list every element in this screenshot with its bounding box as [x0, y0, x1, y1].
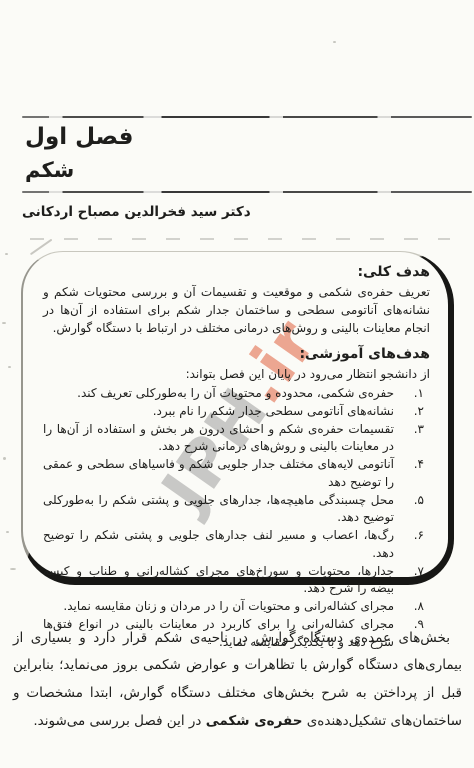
author-name: دکتر سید فخرالدین مصباح اردکانی	[22, 204, 251, 220]
scan-speck	[333, 41, 336, 43]
general-goal-text: تعریف حفره‌ی شکمی و موقعیت و تقسیمات آن …	[43, 283, 430, 337]
list-item: ۳. تقسیمات حفره‌ی شکم و احشای درون هر بخ…	[43, 421, 430, 457]
objectives-list: ۱. حفره‌ی شکمی، محدوده و محتویات آن را ب…	[43, 385, 430, 651]
list-item: ۲. نشانه‌های آناتومی سطحی جدار شکم را نا…	[43, 403, 430, 421]
objectives-box: هدف کلی: تعریف حفره‌ی شکمی و موقعیت و تق…	[21, 251, 454, 585]
chapter-label: فصل اول	[25, 124, 133, 150]
item-number: ۱.	[400, 385, 430, 403]
item-text: محل چسبندگی ماهیچه‌ها، جدارهای جلویی و پ…	[43, 492, 394, 528]
list-item: ۸. مجرای کشاله‌رانی و محتویات آن را در م…	[43, 598, 430, 616]
item-number: ۸.	[400, 598, 430, 616]
chapter-title: شکم	[25, 158, 74, 182]
item-text: آناتومی لایه‌های مختلف جدار جلویی شکم و …	[43, 456, 394, 492]
item-number: ۲.	[400, 403, 430, 421]
learning-goals-intro: از دانشجو انتظار می‌رود در پایان این فصل…	[43, 365, 430, 383]
general-goal-heading: هدف کلی:	[43, 264, 430, 280]
scan-speck	[2, 322, 6, 324]
scan-speck	[6, 531, 9, 533]
top-rule	[22, 116, 472, 118]
item-text: جدارها، محتویات و سوراخ‌های مجرای کشاله‌…	[43, 563, 394, 599]
item-text: مجرای کشاله‌رانی و محتویات آن را در مردا…	[43, 598, 394, 616]
list-item: ۶. رگ‌ها، اعصاب و مسیر لنف جدارهای جلویی…	[43, 527, 430, 563]
body-paragraph: بخش‌های عمده‌ی دستگاه گوارش در ناحیه‌ی ش…	[13, 625, 462, 736]
item-number: ۳.	[400, 421, 430, 457]
scan-speck	[3, 457, 6, 460]
learning-goals-heading: هدف‌های آموزشی:	[43, 346, 430, 362]
item-number: ۴.	[400, 456, 430, 492]
book-page: فصل اول شکم دکتر سید فخرالدین مصباح اردک…	[0, 0, 474, 768]
list-item: ۴. آناتومی لایه‌های مختلف جدار جلویی شکم…	[43, 456, 430, 492]
list-item: ۱. حفره‌ی شکمی، محدوده و محتویات آن را ب…	[43, 385, 430, 403]
item-number: ۷.	[400, 563, 430, 599]
item-number: ۵.	[400, 492, 430, 528]
item-text: تقسیمات حفره‌ی شکم و احشای درون هر بخش و…	[43, 421, 394, 457]
item-text: رگ‌ها، اعصاب و مسیر لنف جدارهای جلویی و …	[43, 527, 394, 563]
body-text-bold: حفره‌ی شکمی	[206, 713, 303, 729]
list-item: ۵. محل چسبندگی ماهیچه‌ها، جدارهای جلویی …	[43, 492, 430, 528]
scan-speck	[10, 568, 16, 570]
scan-ghost-line	[30, 238, 450, 240]
scan-speck	[8, 366, 11, 368]
body-text-end: در این فصل بررسی می‌شوند.	[33, 713, 205, 729]
scan-speck	[5, 253, 8, 255]
item-text: نشانه‌های آناتومی سطحی جدار شکم را نام ب…	[43, 403, 394, 421]
second-rule	[22, 191, 472, 193]
item-number: ۶.	[400, 527, 430, 563]
list-item: ۷. جدارها، محتویات و سوراخ‌های مجرای کشا…	[43, 563, 430, 599]
item-text: حفره‌ی شکمی، محدوده و محتویات آن را به‌ط…	[43, 385, 394, 403]
